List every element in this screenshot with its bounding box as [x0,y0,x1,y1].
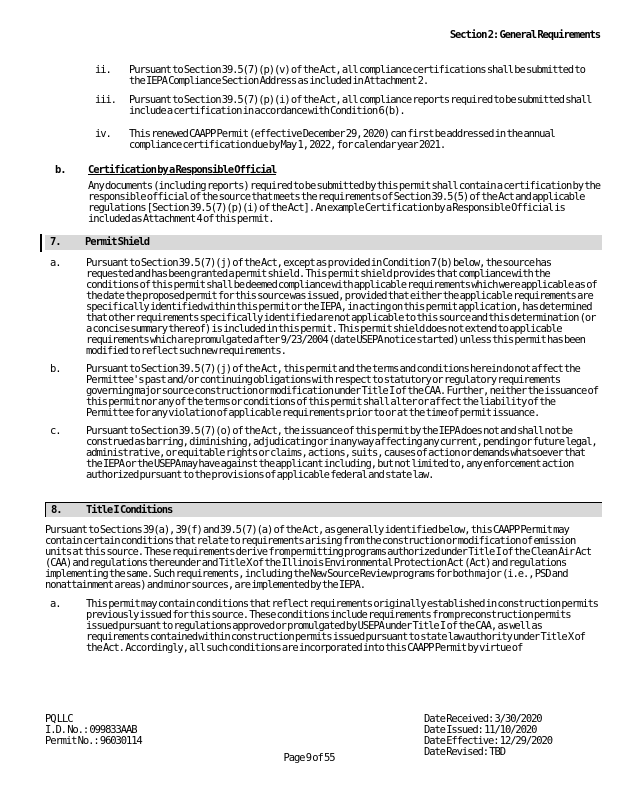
subsection-label: b. [55,165,88,176]
section-number: 8. [46,505,86,516]
permit-shield-item-c: c. Pursuant to Section 39.5(7)(o) of the… [50,426,604,481]
item-label: b. [50,364,86,419]
permit-shield-item-b: b. Pursuant to Section 39.5(7)(j) of the… [50,364,604,419]
subsection-title: Certification by a Responsible Official [88,165,276,176]
subsection-b: b. Certification by a Responsible Offici… [55,165,604,225]
list-item-label: iv. [95,129,129,151]
section-gap [0,488,618,502]
section-title: Permit Shield [85,237,149,248]
list-item-iv: iv. This renewed CAAPP Permit (effective… [95,129,604,151]
list-item-ii: ii. Pursuant to Section 39.5(7)(p)(v) of… [95,65,604,87]
item-text: Pursuant to Section 39.5(7)(j) of the Ac… [86,364,598,419]
section-7-bar: 7. Permit Shield [45,235,602,250]
subsection-b-body: Any documents (including reports) requir… [88,181,600,225]
section-8-bar: 8. Title I Conditions [45,502,602,517]
list-item-label: ii. [95,65,129,87]
footer-dates: Date Received: 3/30/2020 Date Issued: 11… [424,714,552,758]
revision-change-bar [40,234,42,252]
item-label: c. [50,426,86,481]
title-one-intro-paragraph: Pursuant to Sections 39(a), 39(f) and 39… [45,525,602,591]
title-one-item-a: a. This permit may contain conditions th… [50,599,604,654]
permit-document-page: Section 2: General Requirements ii. Purs… [0,0,618,800]
subsection-b-heading: b. Certification by a Responsible Offici… [55,165,604,176]
page-header: Section 2: General Requirements [0,0,618,41]
section-header-title: Section 2: General Requirements [450,29,600,41]
list-item-text: This renewed CAAPP Permit (effective Dec… [129,129,601,151]
list-item-text: Pursuant to Section 39.5(7)(p)(i) of the… [129,95,601,117]
item-text: Pursuant to Section 39.5(7)(o) of the Ac… [86,426,598,481]
list-item-iii: iii. Pursuant to Section 39.5(7)(p)(i) o… [95,95,604,117]
item-text: This permit may contain conditions that … [86,599,598,654]
item-text: Pursuant to Section 39.5(7)(j) of the Ac… [86,258,598,357]
list-item-text: Pursuant to Section 39.5(7)(p)(v) of the… [129,65,601,87]
permit-shield-item-a: a. Pursuant to Section 39.5(7)(j) of the… [50,258,604,357]
section-title: Title I Conditions [86,505,172,516]
item-label: a. [50,258,86,357]
item-label: a. [50,599,86,654]
list-item-label: iii. [95,95,129,117]
section-number: 7. [45,237,85,248]
page-number: Page 9 of 55 [0,753,618,764]
permit-number: Permit No.: 96030114 [45,736,142,747]
footer-permit-identifiers: PQ LLC I.D. No.: 099833AAB Permit No.: 9… [45,714,142,747]
page-footer: PQ LLC I.D. No.: 099833AAB Permit No.: 9… [0,714,618,774]
